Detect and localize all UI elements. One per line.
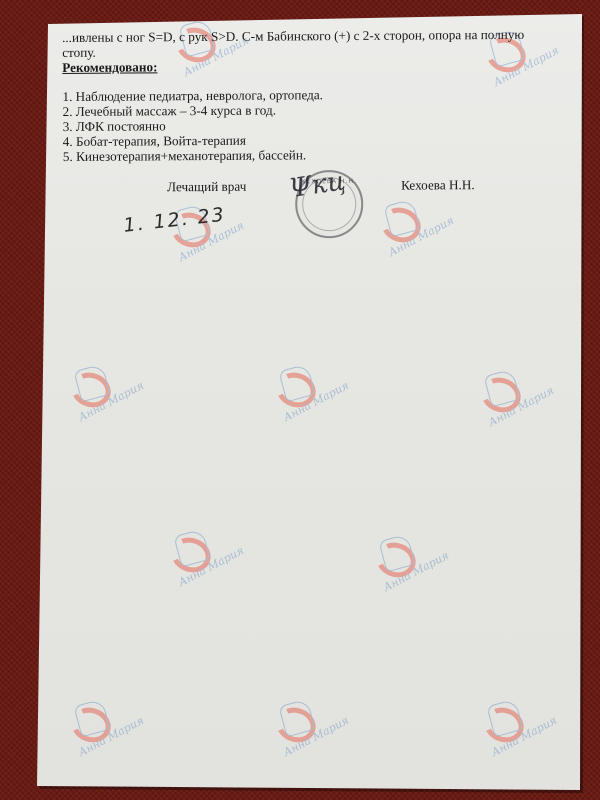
watermark-logo: Анна Мария: [65, 365, 143, 427]
watermark-logo: Анна Мария: [475, 370, 553, 432]
watermark-logo: Анна Мария: [478, 700, 556, 762]
watermark-logo: Анна Мария: [165, 530, 243, 592]
doctor-name: Кехоева Н.Н.: [401, 177, 475, 193]
recommendation-item: 5. Кинезотерапия+механотерапия, бассейн.: [63, 146, 563, 164]
document-body: ...ивлены с ног S=D, с рук S>D. С-м Баби…: [62, 27, 563, 214]
recommendations-list: 1. Наблюдение педиатра, невролога, ортоп…: [62, 86, 563, 164]
doctor-label: Лечащий врач: [167, 179, 246, 195]
signature-block: Лечащий врач КЕХОЕВА Н.Н. Ψкц Кехоева Н.…: [63, 171, 563, 214]
watermark-logo: Анна Мария: [270, 365, 348, 427]
watermark-logo: Анна Мария: [270, 700, 348, 762]
watermark-logo: Анна Мария: [65, 700, 143, 762]
document-page: Анна Мария Анна Мария Анна Мария Анна Ма…: [0, 0, 600, 800]
watermark-logo: Анна Мария: [370, 535, 448, 597]
handwritten-signature: Ψкц: [288, 174, 346, 197]
recommendations-heading: Рекомендовано:: [62, 57, 562, 75]
